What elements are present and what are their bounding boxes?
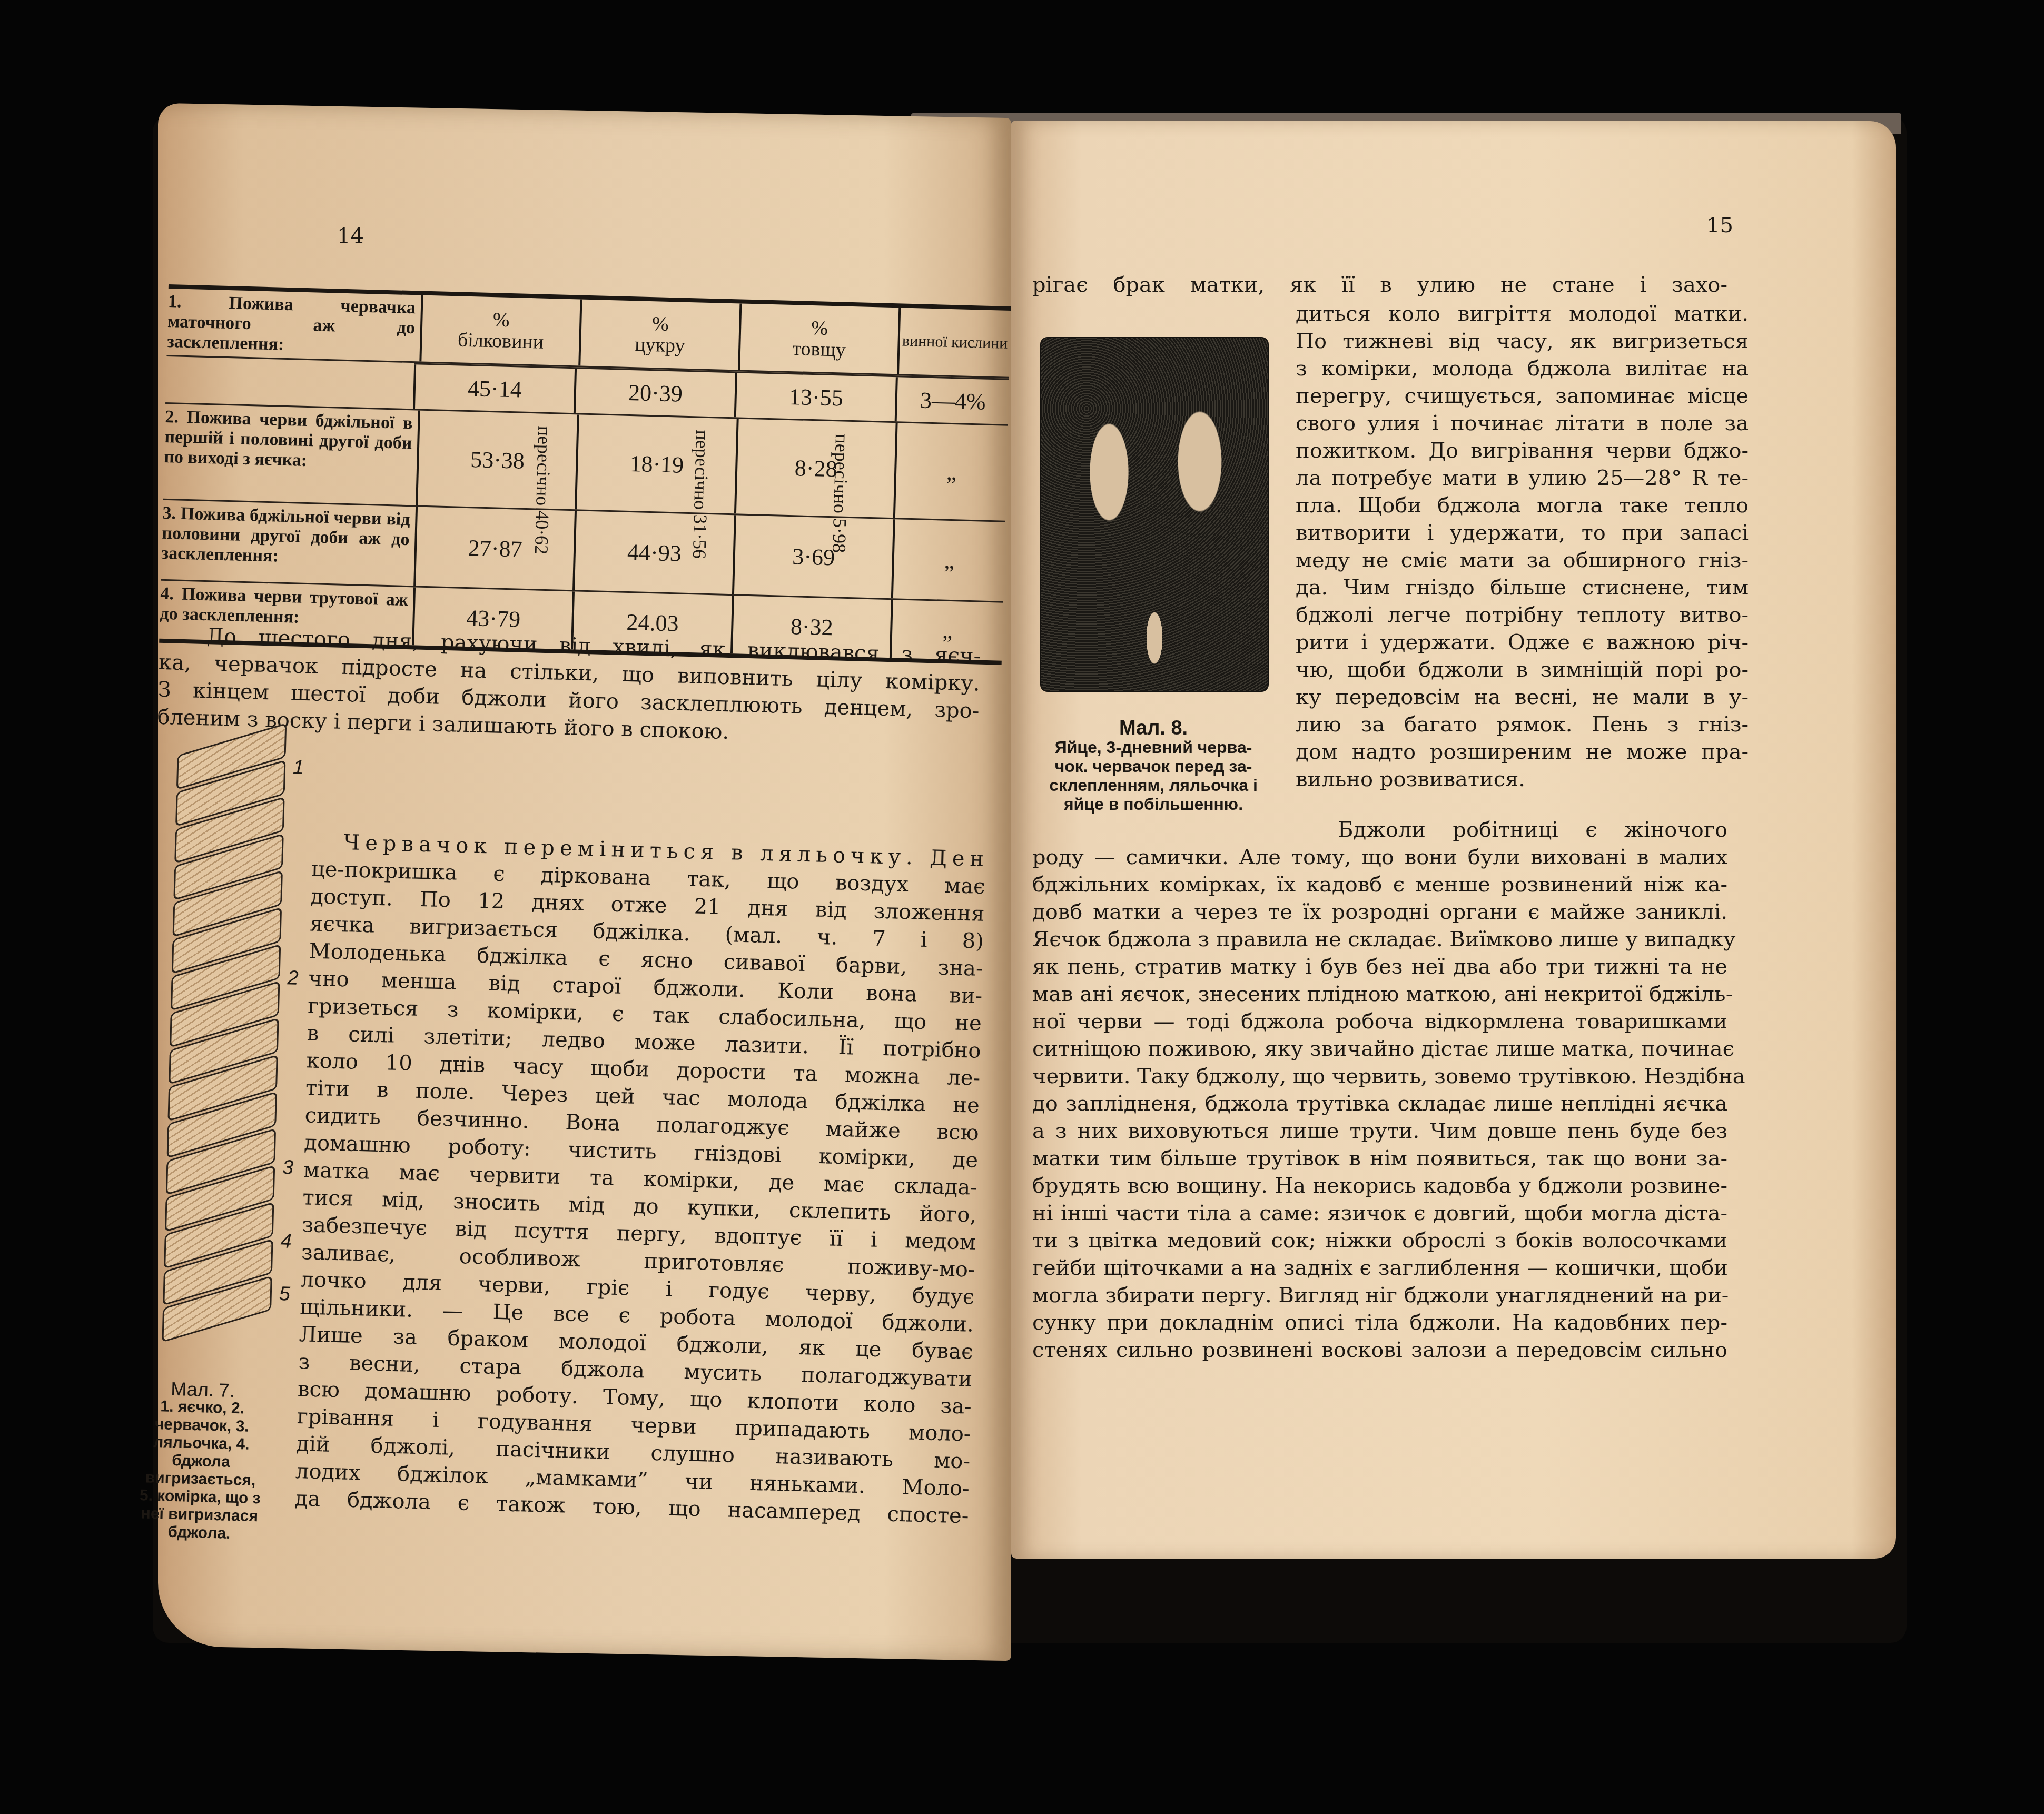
word: рігає (1032, 271, 1088, 299)
caption-line: склепленням, ляльочка і (1030, 776, 1277, 795)
text-line: чю, щоби бджоли в зимніщій порі ро- (1296, 656, 1749, 683)
text-line: гейби щіточками а на задніх є заглибленн… (1032, 1254, 1727, 1282)
header-protein: % білковини (419, 295, 580, 366)
figure-8-illustration (1040, 337, 1269, 692)
header-sugar: % цукру (579, 299, 740, 370)
text-line: бджільних комірках, їх кадовб є менше ро… (1032, 871, 1727, 898)
text-line: стенях сильно розвинені воскові залози а… (1032, 1336, 1727, 1364)
caption-line: чок. червачок перед за- (1030, 757, 1277, 776)
header-label: товщу (792, 338, 846, 361)
word: як (1290, 271, 1316, 299)
cell: 3·69 (732, 515, 893, 598)
cell: 45·14 (413, 364, 575, 413)
figure-7: 1 2 3 4 5 Мал. 7. 1. яєчко, 2. червачок,… (136, 737, 315, 1544)
right-full-column: Бджоли робітниці є жіночого роду — самич… (1032, 816, 1727, 1364)
text-line: пла. Щоби бджола могла таке тепло (1296, 492, 1749, 519)
text-line: меду не сміє мати за обширного гніз- (1296, 547, 1749, 574)
left-page-number: 14 (337, 224, 364, 248)
average-sugar: пересічно 31·56 (688, 430, 714, 559)
text-line: з комірки, молода бджола вилітає на (1296, 355, 1749, 382)
word: матки, (1190, 271, 1265, 299)
figure-8-title: Мал. 8. (1030, 719, 1277, 738)
cell: 8·28 (734, 419, 896, 518)
text-line: ла потребує мати в улию 25—28° R те- (1296, 464, 1749, 492)
text-line: свого улия і починає літати в поле за (1296, 410, 1749, 437)
text-line: ної черви — тоді бджола робоча відкормле… (1032, 1008, 1727, 1035)
caption-line: Яйце, 3-дневний черва- (1030, 738, 1277, 757)
marker-4: 4 (280, 1230, 292, 1253)
header-unit: % (811, 318, 828, 339)
text-line: ситніщою поживою, яку звичайно дістає ли… (1032, 1035, 1727, 1063)
text-line: брудять всю вощину. На некорись кадовба … (1032, 1172, 1727, 1200)
word: улию (1417, 271, 1475, 299)
word: її (1341, 271, 1355, 299)
text-line: Бджоли робітниці є жіночого (1032, 816, 1727, 844)
text-line: Яєчок бджола з правила не складає. Виїмк… (1032, 926, 1727, 953)
word: стане (1552, 271, 1615, 299)
header-label: білковини (457, 329, 544, 352)
cell: 13·55 (734, 373, 896, 421)
word: в (1380, 271, 1392, 299)
text-line: рити і удержати. Одже є важною річ- (1296, 629, 1749, 656)
header-label: цукру (635, 334, 685, 356)
text-line: лию за багато рямок. Пень з гніз- (1296, 711, 1749, 738)
text-line: мав ані яєчок, знесених плідною маткою, … (1032, 980, 1727, 1008)
text-line: ні інші части тіла а саме: язичок є довг… (1032, 1200, 1727, 1227)
cell: „ (891, 519, 1005, 601)
header-unit: % (492, 309, 510, 331)
figure-8-caption: Мал. 8. Яйце, 3-дневний черва- чок. черв… (1030, 719, 1277, 814)
average-fat: пересічно 5·98 (828, 433, 853, 553)
text-line: червити. Таку бджолу, що червить, зовемо… (1032, 1063, 1727, 1090)
cell: „ (893, 423, 1008, 521)
right-first-line: рігає брак матки, як її в улию не стане … (1032, 271, 1727, 299)
marker-2: 2 (287, 967, 299, 990)
text-line: да. Чим гніздо більше стиснене, тим (1296, 574, 1749, 601)
text-line: диться коло вигріття молодої матки. (1296, 300, 1749, 328)
right-narrow-column: диться коло вигріття молодої матки. По т… (1296, 300, 1749, 793)
header-unit: % (652, 313, 669, 335)
text-line: По тижневі від часу, як вигризеться (1296, 328, 1749, 355)
cell: 3—4% (895, 377, 1009, 424)
caption-line: яйце в побільшенню. (1030, 795, 1277, 814)
word: захо- (1672, 271, 1727, 299)
text-line: роду — самички. Але тому, що вони були в… (1032, 844, 1727, 871)
paragraph-2: Червачок переміниться в ляльочку. Ден- ц… (294, 828, 986, 1530)
text-line: могла збирати пергу. Вигляд ніг бджоли у… (1032, 1282, 1727, 1309)
text-line: вильно розвиватися. (1296, 766, 1749, 793)
text-line: до заплідненя, бджола трутівка складає л… (1032, 1090, 1727, 1117)
marker-3: 3 (282, 1156, 294, 1179)
text-line: пожитком. До вигрівання черви бджо- (1296, 437, 1749, 464)
word: і (1640, 271, 1647, 299)
text-line: довб матки а через те їх розродні органи… (1032, 898, 1727, 926)
header-tartaric-acid: винної кислини (897, 308, 1011, 377)
text-line: перегру, счищується, запоминає місце (1296, 382, 1749, 410)
nutrition-table: 1. Пожива червачка маточного аж до заскл… (159, 284, 1011, 665)
text-line: ку передовсім на весні, не мали в у- (1296, 683, 1749, 711)
honeycomb-cell-illustration: 1 2 3 4 5 (161, 738, 283, 1367)
cell: 20·39 (574, 369, 735, 417)
marker-1: 1 (292, 757, 304, 780)
word: не (1500, 271, 1527, 299)
text-line: витворити і удержати, то при запасі (1296, 519, 1749, 547)
table-row-label: 3. Пожива бджільної черви від половини д… (161, 500, 416, 586)
text-line: дом надто розширеним не може пра- (1296, 738, 1749, 766)
table-row-label: 1. Пожива червачка маточного аж до заскл… (166, 289, 421, 362)
figure-7-caption: Мал. 7. 1. яєчко, 2. червачок, 3. ляльоч… (136, 1379, 266, 1543)
right-page-number: 15 (1706, 213, 1733, 237)
text-line: матки тим більше трутівок в нім появитьс… (1032, 1145, 1727, 1172)
marker-5: 5 (279, 1283, 290, 1306)
text-line: як пень, стратив матку і був без неї два… (1032, 953, 1727, 980)
header-label: винної кислини (902, 331, 1008, 354)
table-row-label: 2. Пожива черви бджільної в першій і пол… (163, 404, 418, 505)
text-line: бджолі легче потрібну теплоту витво- (1296, 601, 1749, 629)
text-line: ти з цвітка медовий сок; ніжки оброслі з… (1032, 1227, 1727, 1254)
text-line: а з них виховуються лише трути. Чим довш… (1032, 1117, 1727, 1145)
word: брак (1113, 271, 1165, 299)
header-fat: % товщу (738, 303, 899, 374)
spacer (165, 358, 414, 409)
average-protein: пересічно 40·62 (530, 425, 556, 554)
text-line: сунку при докладнім описі тіла бджоли. Н… (1032, 1309, 1727, 1336)
figure-7-description: 1. яєчко, 2. червачок, 3. ляльочка, 4. б… (136, 1397, 266, 1543)
